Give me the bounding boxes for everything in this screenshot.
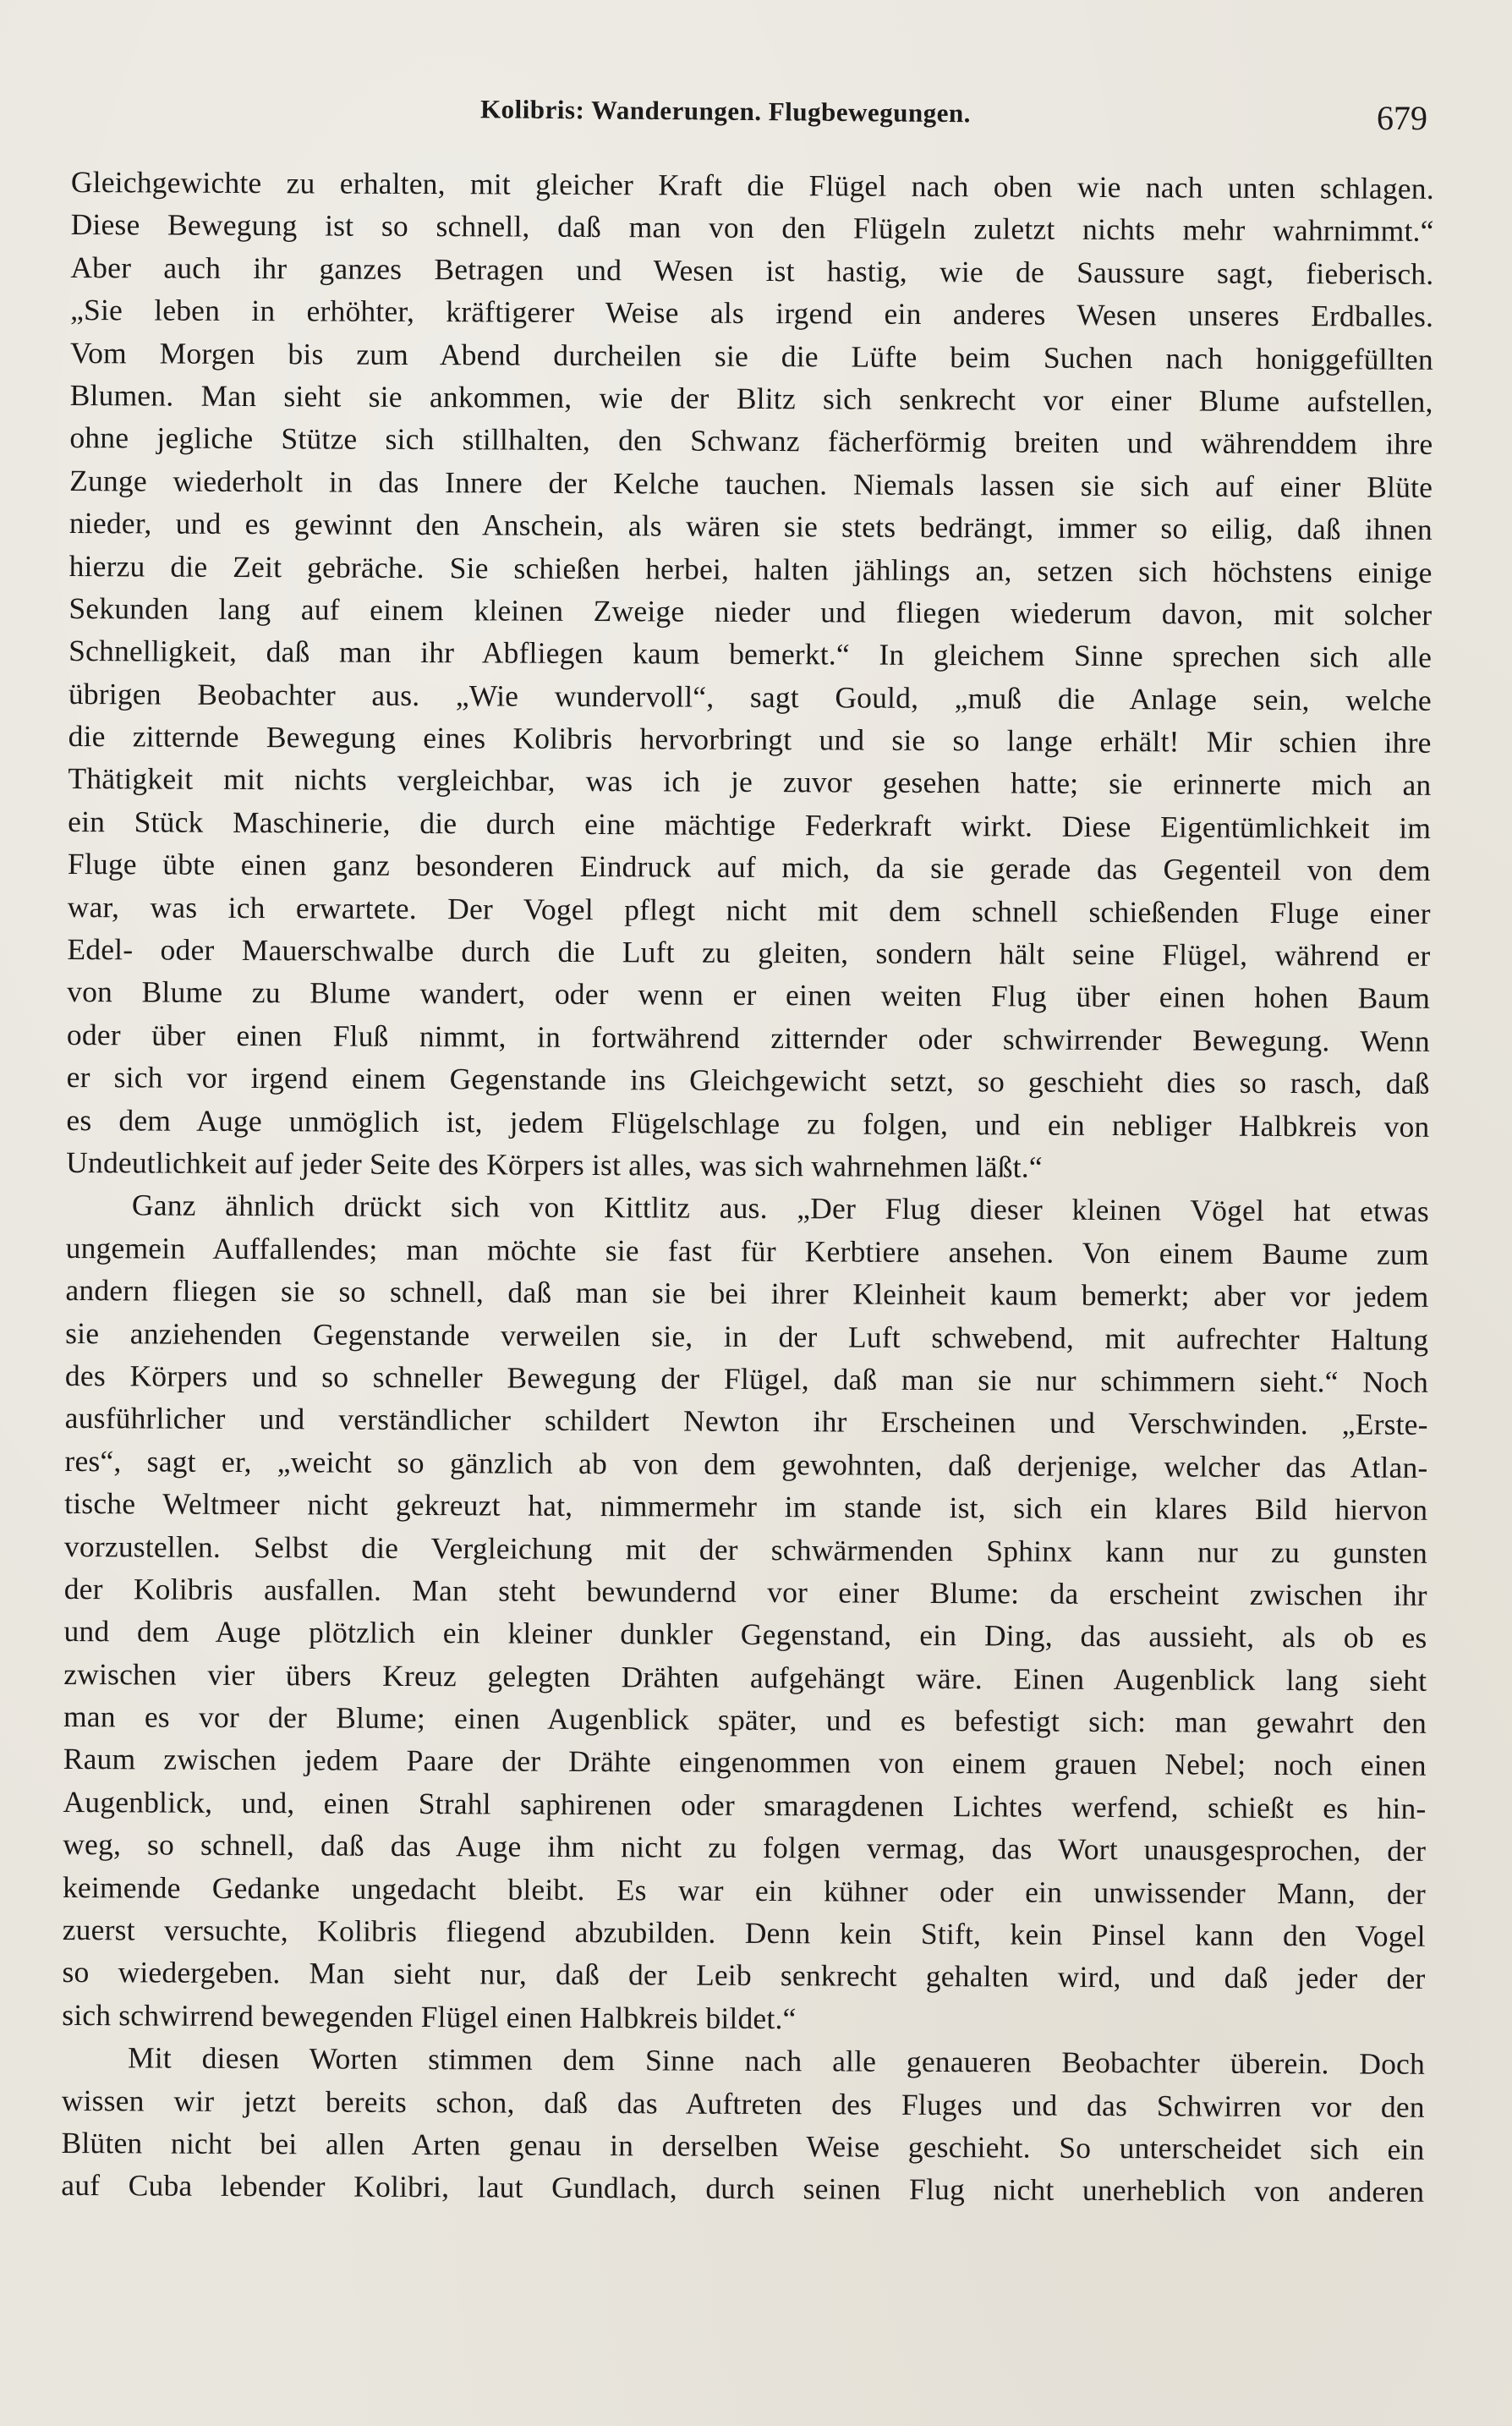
text-line: ein Stück Maschinerie, die durch eine mä… — [68, 800, 1431, 849]
text-line: Schnelligkeit, daß man ihr Abfliegen kau… — [68, 629, 1432, 678]
text-line: Edel- oder Mauerschwalbe durch die Luft … — [67, 928, 1430, 977]
text-line: Fluge übte einen ganz besonderen Eindruc… — [68, 843, 1431, 892]
text-line: Diese Bewegung ist so schnell, daß man v… — [71, 203, 1434, 252]
text-line: nieder, und es gewinnt den Anschein, als… — [69, 502, 1433, 551]
paragraph-start-line: Mit diesen Worten stimmen dem Sinne nach… — [62, 2036, 1425, 2085]
text-line: Augenblick, und, einen Strahl saphirenen… — [63, 1781, 1426, 1830]
text-line: Thätigkeit mit nichts vergleichbar, was … — [68, 757, 1431, 806]
text-line: der Kolibris ausfallen. Man steht bewund… — [64, 1567, 1427, 1616]
text-line: auf Cuba lebender Kolibri, laut Gundlach… — [61, 2164, 1424, 2213]
text-line: tische Weltmeer nicht gekreuzt hat, nimm… — [64, 1482, 1427, 1531]
text-line: zwischen vier übers Kreuz gelegten Dräht… — [63, 1653, 1427, 1702]
text-line: sie anziehenden Gegenstande verweilen si… — [65, 1312, 1428, 1361]
page-number: 679 — [1377, 98, 1427, 138]
text-line: er sich vor irgend einem Gegenstande ins… — [67, 1056, 1430, 1105]
running-head: Kolibris: Wanderungen. Flugbewegungen. 6… — [74, 91, 1427, 139]
text-line: Vom Morgen bis zum Abend durcheilen sie … — [70, 332, 1433, 381]
scanned-book-page: Kolibris: Wanderungen. Flugbewegungen. 6… — [0, 0, 1512, 2426]
text-line: Gleichgewichte zu erhalten, mit gleicher… — [71, 161, 1434, 210]
text-line: weg, so schnell, daß das Auge ihm nicht … — [63, 1823, 1426, 1872]
text-line: oder über einen Fluß nimmt, in fortwähre… — [67, 1013, 1430, 1062]
running-title: Kolibris: Wanderungen. Flugbewegungen. — [74, 91, 1427, 133]
text-line: res“, sagt er, „weicht so gänzlich ab vo… — [64, 1440, 1427, 1489]
text-line: zuerst versuchte, Kolibris fliegend abzu… — [63, 1908, 1426, 1957]
text-line: so wiedergeben. Man sieht nur, daß der L… — [62, 1951, 1425, 2000]
text-line: Sekunden lang auf einem kleinen Zweige n… — [68, 587, 1432, 636]
text-line: die zitternde Bewegung eines Kolibris he… — [68, 715, 1432, 764]
text-line: ohne jegliche Stütze sich stillhalten, d… — [69, 416, 1433, 465]
text-line: hierzu die Zeit gebräche. Sie schießen h… — [69, 545, 1433, 594]
text-line: es dem Auge unmöglich ist, jedem Flügels… — [66, 1099, 1429, 1148]
text-line: ausführlicher und verständlicher schilde… — [65, 1397, 1428, 1446]
text-line: übrigen Beobachter aus. „Wie wundervoll“… — [68, 672, 1432, 722]
text-line: man es vor der Blume; einen Augenblick s… — [63, 1695, 1427, 1744]
paragraph-end-line: Undeutlichkeit auf jeder Seite des Körpe… — [66, 1141, 1429, 1190]
paragraph-end-line: sich schwirrend bewegenden Flügel einen … — [62, 1994, 1425, 2043]
text-line: Blumen. Man sieht sie ankommen, wie der … — [70, 374, 1433, 423]
text-line: Zunge wiederholt in das Innere der Kelch… — [69, 459, 1433, 508]
text-line: andern fliegen sie so schnell, daß man s… — [65, 1269, 1428, 1318]
text-line: vorzustellen. Selbst die Vergleichung mi… — [64, 1524, 1427, 1573]
text-line: wissen wir jetzt bereits schon, daß das … — [62, 2079, 1425, 2128]
text-line: von Blume zu Blume wandert, oder wenn er… — [67, 970, 1430, 1019]
text-line: und dem Auge plötzlich ein kleiner dunkl… — [63, 1610, 1427, 1659]
text-line: des Körpers und so schneller Bewegung de… — [65, 1354, 1428, 1403]
text-line: war, was ich erwartete. Der Vogel pflegt… — [68, 886, 1431, 935]
text-line: Blüten nicht bei allen Arten genau in de… — [61, 2121, 1424, 2171]
text-line: Raum zwischen jedem Paare der Drähte ein… — [63, 1737, 1427, 1787]
body-text: Gleichgewichte zu erhalten, mit gleicher… — [61, 161, 1434, 2214]
text-line: „Sie leben in erhöhter, kräftigerer Weis… — [70, 288, 1433, 338]
paragraph-start-line: Ganz ähnlich drückt sich von Kittlitz au… — [66, 1183, 1429, 1232]
text-line: ungemein Auffallendes; man möchte sie fa… — [66, 1227, 1429, 1276]
text-line: Aber auch ihr ganzes Betragen und Wesen … — [70, 246, 1433, 295]
text-line: keimende Gedanke ungedacht bleibt. Es wa… — [63, 1866, 1426, 1915]
